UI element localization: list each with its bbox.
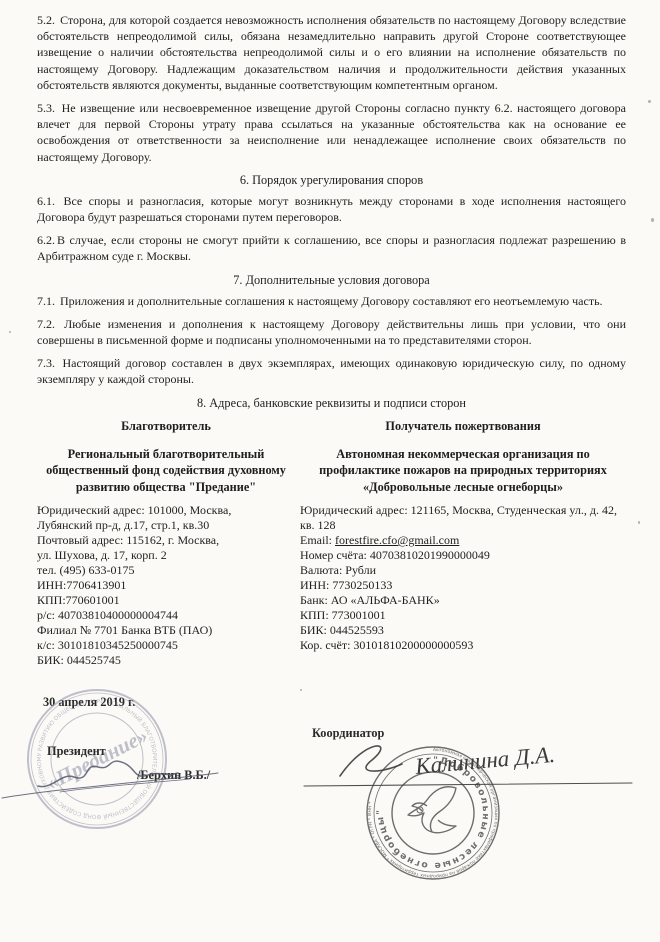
clause-text: В случае, если стороны не смогут прийти … <box>37 233 626 263</box>
clause-number: 7.2. <box>37 317 57 331</box>
detail-line: Валюта: Рубли <box>300 563 626 578</box>
benefactor-role-title: Благотворитель <box>37 419 295 434</box>
detail-line: Банк: АО «АЛЬФА-БАНК» <box>300 593 626 608</box>
clause-7-2: 7.2. Любые изменения и дополнения к наст… <box>37 316 626 348</box>
detail-line: КПП: 773001001 <box>300 608 626 623</box>
benefactor-signer-role: Президент <box>47 744 106 759</box>
clause-number: 5.3. <box>37 101 57 115</box>
detail-line: к/с: 30101810345250000745 <box>37 638 295 653</box>
parties-section: Благотворитель Региональный благотворите… <box>37 419 626 669</box>
sign-date: 30 апреля 2019 г. <box>43 695 135 710</box>
section-8-heading: 8. Адреса, банковские реквизиты и подпис… <box>37 395 626 411</box>
clause-6-2: 6.2.В случае, если стороны не смогут при… <box>37 232 626 264</box>
svg-text:Автономная некоммерческая орга: Автономная некоммерческая организация по… <box>367 747 498 878</box>
detail-line: Лубянский пр-д, д.17, стр.1, кв.30 <box>37 518 295 533</box>
clause-number: 6.2. <box>37 233 57 247</box>
recipient-stamp-inner-ring-text: "Добровольные лесные огнеборцы" <box>375 755 491 871</box>
clause-number: 6.1. <box>37 194 57 208</box>
recipient-role-title: Получатель пожертвования <box>300 419 626 434</box>
recipient-column: Получатель пожертвования Автономная неко… <box>295 419 626 669</box>
detail-line: Юридический адрес: 101000, Москва, <box>37 503 295 518</box>
scan-speck <box>300 689 302 691</box>
contract-body: 5.2. Сторона, для которой создается нево… <box>37 12 626 668</box>
detail-line: БИК: 044525745 <box>37 653 295 668</box>
scanned-contract-page: 5.2. Сторона, для которой создается нево… <box>0 0 660 942</box>
detail-line: ИНН: 7730250133 <box>300 578 626 593</box>
benefactor-column: Благотворитель Региональный благотворите… <box>37 419 295 669</box>
detail-line: ул. Шухова, д. 17, корп. 2 <box>37 548 295 563</box>
clause-text: Сторона, для которой создается невозможн… <box>37 13 626 92</box>
clause-number: 7.3. <box>37 356 57 370</box>
recipient-stamp-outer-ring-text: Автономная некоммерческая организация по… <box>367 747 498 878</box>
detail-line: КПП:770601001 <box>37 593 295 608</box>
recipient-stamp: Автономная некоммерческая организация по… <box>364 744 502 882</box>
detail-line: Филиал № 7701 Банка ВТБ (ПАО) <box>37 623 295 638</box>
email-line: Email: forestfire.cfo@gmail.com <box>300 533 626 548</box>
benefactor-details: Юридический адрес: 101000, Москва, Лубян… <box>37 503 295 668</box>
clause-text: Любые изменения и дополнения к настоящем… <box>37 317 626 347</box>
detail-line: ИНН:7706413901 <box>37 578 295 593</box>
benefactor-stamp-center-text: «Предание» <box>42 723 151 794</box>
clause-text: Настоящий договор составлен в двух экзем… <box>37 356 626 386</box>
svg-text:"Добровольные лесные огнеборцы: "Добровольные лесные огнеборцы" <box>375 755 491 871</box>
section-7-heading: 7. Дополнительные условия договора <box>37 272 626 288</box>
clause-text: Приложения и дополнительные соглашения к… <box>60 294 603 308</box>
clause-text: Все споры и разногласия, которые могут в… <box>37 194 626 224</box>
clause-6-1: 6.1. Все споры и разногласия, которые мо… <box>37 193 626 225</box>
detail-line: Юридический адрес: 121165, Москва, Студе… <box>300 503 626 533</box>
clause-text: Не извещение или несвоевременное извещен… <box>37 101 626 164</box>
detail-line: тел. (495) 633-0175 <box>37 563 295 578</box>
scan-speck <box>638 521 640 524</box>
scan-speck <box>651 218 654 222</box>
eagle-icon <box>408 787 456 833</box>
detail-line: БИК: 044525593 <box>300 623 626 638</box>
clause-5-2: 5.2. Сторона, для которой создается нево… <box>37 12 626 93</box>
section-6-heading: 6. Порядок урегулирования споров <box>37 172 626 188</box>
email-label: Email: <box>300 533 335 547</box>
recipient-signer-role: Координатор <box>312 726 384 741</box>
scan-speck <box>9 331 11 333</box>
recipient-signer-name: Калинина Д.А. <box>413 742 556 779</box>
detail-line: Кор. счёт: 30101810200000000593 <box>300 638 626 653</box>
detail-line: р/с: 40703810400000004744 <box>37 608 295 623</box>
benefactor-org-name: Региональный благотворительный обществен… <box>37 446 295 496</box>
email-address: forestfire.cfo@gmail.com <box>335 533 459 547</box>
clause-number: 5.2. <box>37 13 57 27</box>
clause-5-3: 5.3. Не извещение или несвоевременное из… <box>37 100 626 165</box>
recipient-org-name: Автономная некоммерческая организация по… <box>300 446 626 496</box>
benefactor-signer-name: /Берхин В.Б./ <box>137 768 210 783</box>
detail-line: Номер счёта: 40703810201990000049 <box>300 548 626 563</box>
clause-7-1: 7.1. Приложения и дополнительные соглаше… <box>37 293 626 309</box>
detail-line: Почтовый адрес: 115162, г. Москва, <box>37 533 295 548</box>
recipient-details: Юридический адрес: 121165, Москва, Студе… <box>300 503 626 653</box>
clause-number: 7.1. <box>37 294 57 308</box>
clause-7-3: 7.3. Настоящий договор составлен в двух … <box>37 355 626 387</box>
scan-speck <box>648 100 651 103</box>
